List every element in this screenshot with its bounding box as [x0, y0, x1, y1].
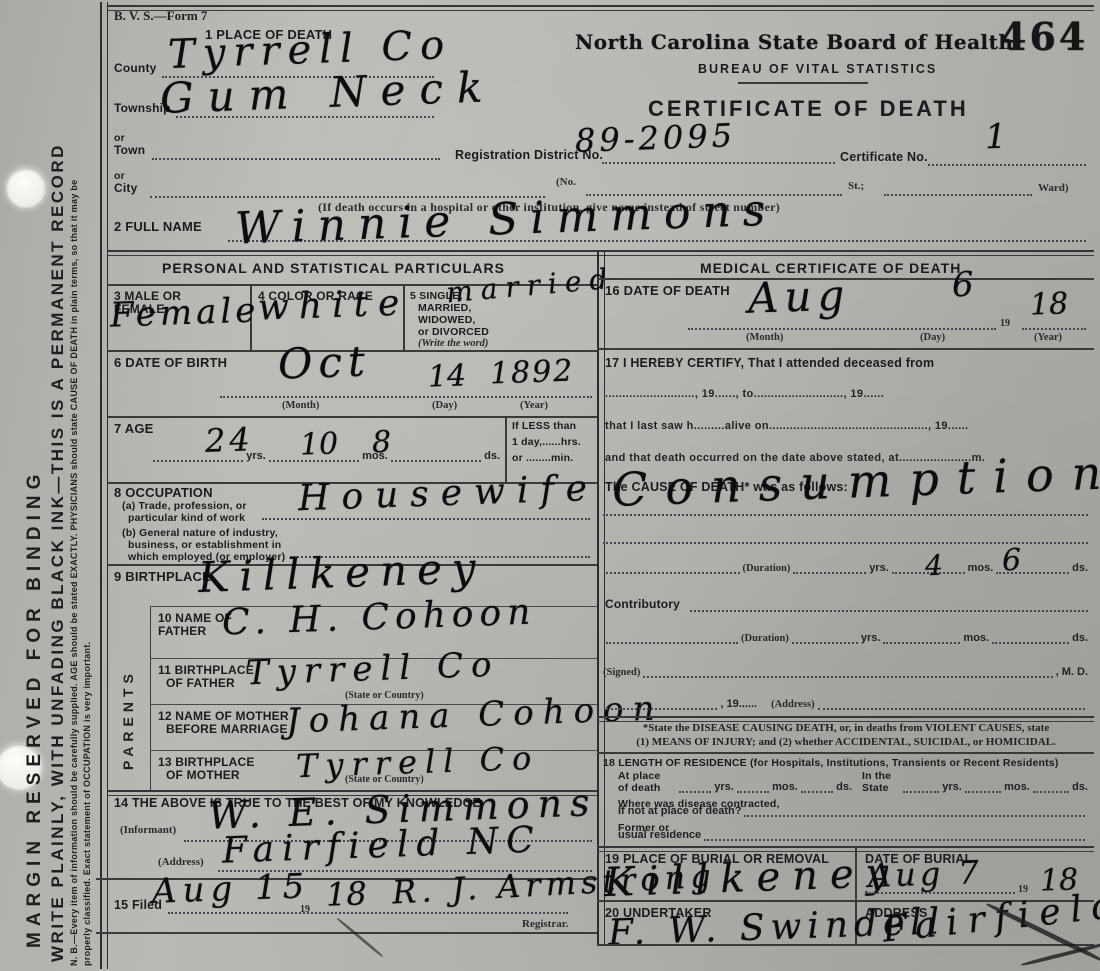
town-line [152, 158, 440, 160]
township-value: Gum Neck [159, 66, 497, 120]
rule [597, 348, 1094, 350]
ward-line [884, 194, 1032, 196]
marital-note: (Write the word) [418, 338, 488, 349]
city-label: City [114, 182, 137, 196]
signed-address-caption: (Address) [771, 699, 815, 710]
residence-at-place-units: yrs. mos. ds. [676, 778, 852, 793]
burial-date-line [865, 892, 1015, 894]
county-label: County [114, 62, 157, 76]
duration2-ds-caption: ds. [1072, 632, 1088, 644]
certificate-no-value: 1 [984, 120, 1007, 155]
duration2-mos-caption: mos. [963, 632, 989, 644]
town-label: Town [114, 144, 145, 158]
margin-note-binding: MARGIN RESERVED FOR BINDING [24, 469, 46, 948]
date-of-death-year: 18 [1029, 289, 1068, 320]
residence-at-place-2: of death [618, 782, 660, 794]
mother-birthplace-value: Tyrrell Co [296, 742, 540, 782]
marital-label-3: WIDOWED, [418, 314, 476, 326]
date-of-death-month: Aug [747, 274, 851, 320]
dod-day-caption: (Day) [920, 332, 945, 343]
birthplace-value: Killkeney [197, 547, 486, 599]
org-title: North Carolina State Board of Health [575, 30, 1013, 54]
signed-year: , 19...... [720, 698, 757, 710]
sex-value: Female [109, 293, 259, 332]
margin-note-nb-line1: N. B.—Every item of information should b… [68, 180, 81, 966]
signed-line: (Signed) , M. D. [603, 662, 1088, 678]
certificate-no-line [928, 164, 1086, 166]
age-note-3: or ........min. [512, 452, 573, 464]
residence-former-2: usual residence [618, 829, 701, 841]
res2-mos: mos. [1004, 781, 1030, 793]
date-of-death-day: 6 [951, 268, 974, 303]
contributory-line [690, 610, 1088, 612]
parents-side-label: PARENTS [120, 669, 136, 770]
burial-year-prefix: 19 [1018, 884, 1028, 895]
md-caption: , M. D. [1056, 666, 1088, 678]
ward-suffix: Ward) [1038, 182, 1069, 194]
age-mos-caption: mos. [362, 450, 388, 462]
residence-label: 18 LENGTH OF RESIDENCE (for Hospitals, I… [603, 757, 1059, 769]
father-name-label-2: FATHER [158, 625, 206, 639]
informant-address-caption: (Address) [158, 856, 204, 868]
mother-name-label-2: BEFORE MARRIAGE [166, 723, 288, 737]
duration-yrs-caption: yrs. [869, 562, 889, 574]
age-note-2: 1 day,......hrs. [512, 436, 581, 448]
occupation-b2: business, or establishment in [128, 539, 281, 551]
certify-from-to-line: .........................., 19......, to… [605, 388, 884, 400]
bureau-subtitle: BUREAU OF VITAL STATISTICS [698, 62, 937, 76]
rule [597, 752, 1094, 754]
dob-month-caption: (Month) [282, 400, 319, 411]
duration-months-value: 4 [925, 552, 944, 581]
signed-date-address-line: , 19...... (Address) [603, 694, 1088, 710]
informant-address-value: Fairfield NC [221, 822, 542, 869]
age-units-line: yrs. mos. ds. [150, 446, 500, 462]
date-of-death-label: 16 DATE OF DEATH [605, 284, 730, 299]
rule [107, 416, 597, 418]
duration2-caption: (Duration) [741, 633, 789, 644]
cause-footnote-2: (1) MEANS OF INJURY; and (2) whether ACC… [600, 736, 1092, 748]
filed-year-value: 18 [325, 877, 367, 910]
last-saw-line: that I last saw h.........alive on......… [605, 420, 969, 432]
occupation-b1: (b) General nature of industry, [122, 527, 278, 539]
birthplace-label: 9 BIRTHPLACE [114, 570, 211, 585]
race-value: white [257, 285, 409, 326]
occupation-label: 8 OCCUPATION [114, 486, 213, 501]
margin-note-nb: N. B.—Every item of information should b… [68, 180, 94, 966]
ink-flourish [336, 917, 384, 958]
scanned-death-certificate: MARGIN RESERVED FOR BINDING WRITE PLAINL… [0, 0, 1100, 971]
rule [597, 944, 1094, 946]
rule [96, 932, 597, 934]
personal-section-title: PERSONAL AND STATISTICAL PARTICULARS [162, 260, 505, 276]
res-ds: ds. [836, 781, 852, 793]
residence-state-units: yrs. mos. ds. [900, 778, 1088, 793]
bureau-rule [738, 82, 868, 84]
occupation-a1: (a) Trade, profession, or [122, 500, 247, 512]
dob-day-caption: (Day) [432, 400, 457, 411]
residence-in-the-1: In the [862, 770, 891, 782]
duration2-yrs-caption: yrs. [861, 632, 881, 644]
informant-caption: (Informant) [120, 824, 176, 836]
certify-label: 17 I HEREBY CERTIFY, That I attended dec… [605, 356, 934, 370]
cause-footnote-1: *State the DISEASE CAUSING DEATH, or, in… [600, 722, 1092, 734]
marital-label-4: or DIVORCED [418, 326, 489, 338]
duration-mos-caption: mos. [968, 562, 994, 574]
contributory-label: Contributory [605, 598, 680, 612]
res2-yrs: yrs. [942, 781, 962, 793]
duration-caption: (Duration) [743, 563, 791, 574]
dob-year-value: 1892 [490, 357, 575, 390]
full-name-label: 2 FULL NAME [114, 220, 202, 235]
residence-contracted-line: If not at place of death? [618, 802, 1088, 817]
occupation-a2: particular kind of work [128, 512, 245, 524]
signed-caption: (Signed) [603, 667, 640, 678]
res-mos: mos. [772, 781, 798, 793]
age-label: 7 AGE [114, 422, 154, 437]
dob-day-value: 14 [427, 361, 466, 392]
father-birthplace-label-2: OF FATHER [166, 677, 235, 691]
registration-district-line [602, 162, 835, 164]
margin-note-write-plainly: WRITE PLAINLY, WITH UNFADING BLACK INK—T… [48, 143, 68, 962]
date-of-death-line [688, 328, 996, 330]
dob-label: 6 DATE OF BIRTH [114, 356, 227, 371]
father-name-value: C. H. Cohoon [221, 595, 536, 642]
date-of-death-line-2 [1022, 328, 1086, 330]
undertaker-address-value: Fairfield [881, 887, 1100, 948]
street-no-prefix: (No. [556, 176, 576, 188]
mother-birthplace-label-2: OF MOTHER [166, 769, 240, 783]
residence-in-the-2: State [862, 782, 889, 794]
punch-hole-top [6, 168, 46, 208]
residence-former-line: usual residence [618, 826, 1088, 841]
filed-year-prefix: 19 [300, 904, 310, 915]
res-yrs: yrs. [714, 781, 734, 793]
binding-rule [100, 2, 108, 969]
burial-place-value: Killkeney [603, 853, 900, 903]
registration-district-value: 89-2095 [574, 119, 736, 157]
father-birthplace-value: Tyrrell Co [245, 648, 500, 691]
dob-line [220, 396, 592, 398]
res2-ds: ds. [1072, 781, 1088, 793]
dod-year-caption: (Year) [1034, 332, 1062, 343]
filed-date-value: Aug 15 [151, 869, 310, 909]
parents-strip-divider [150, 606, 151, 790]
dod-month-caption: (Month) [746, 332, 783, 343]
date-of-death-year-prefix: 19 [1000, 318, 1010, 329]
duration-ds-caption: ds. [1072, 562, 1088, 574]
form-top-border [107, 5, 1094, 11]
street-suffix: St.; [848, 180, 864, 192]
dob-month-value: Oct [277, 340, 371, 385]
registrar-caption: Registrar. [522, 918, 568, 930]
occupation-value: Housewife [297, 471, 599, 517]
age-note-1: If LESS than [512, 420, 576, 432]
form-code: B. V. S.—Form 7 [114, 8, 207, 24]
cause-line-1 [603, 514, 1088, 516]
duration-days-value: 6 [1001, 546, 1021, 577]
age-yrs-caption: yrs. [246, 450, 266, 462]
residence-at-place-1: At place [618, 770, 660, 782]
residence-contracted-2: If not at place of death? [618, 805, 741, 817]
filed-line [168, 912, 568, 914]
dob-year-caption: (Year) [520, 400, 548, 411]
duration-line-2: (Duration) yrs. mos. ds. [603, 628, 1088, 644]
certificate-no-label: Certificate No. [840, 150, 928, 164]
column-divider [597, 250, 605, 944]
margin-note-nb-line2: properly classified. Exact statement of … [81, 180, 94, 966]
burial-date-value: Aug 7 [867, 856, 983, 892]
age-ds-caption: ds. [484, 450, 500, 462]
